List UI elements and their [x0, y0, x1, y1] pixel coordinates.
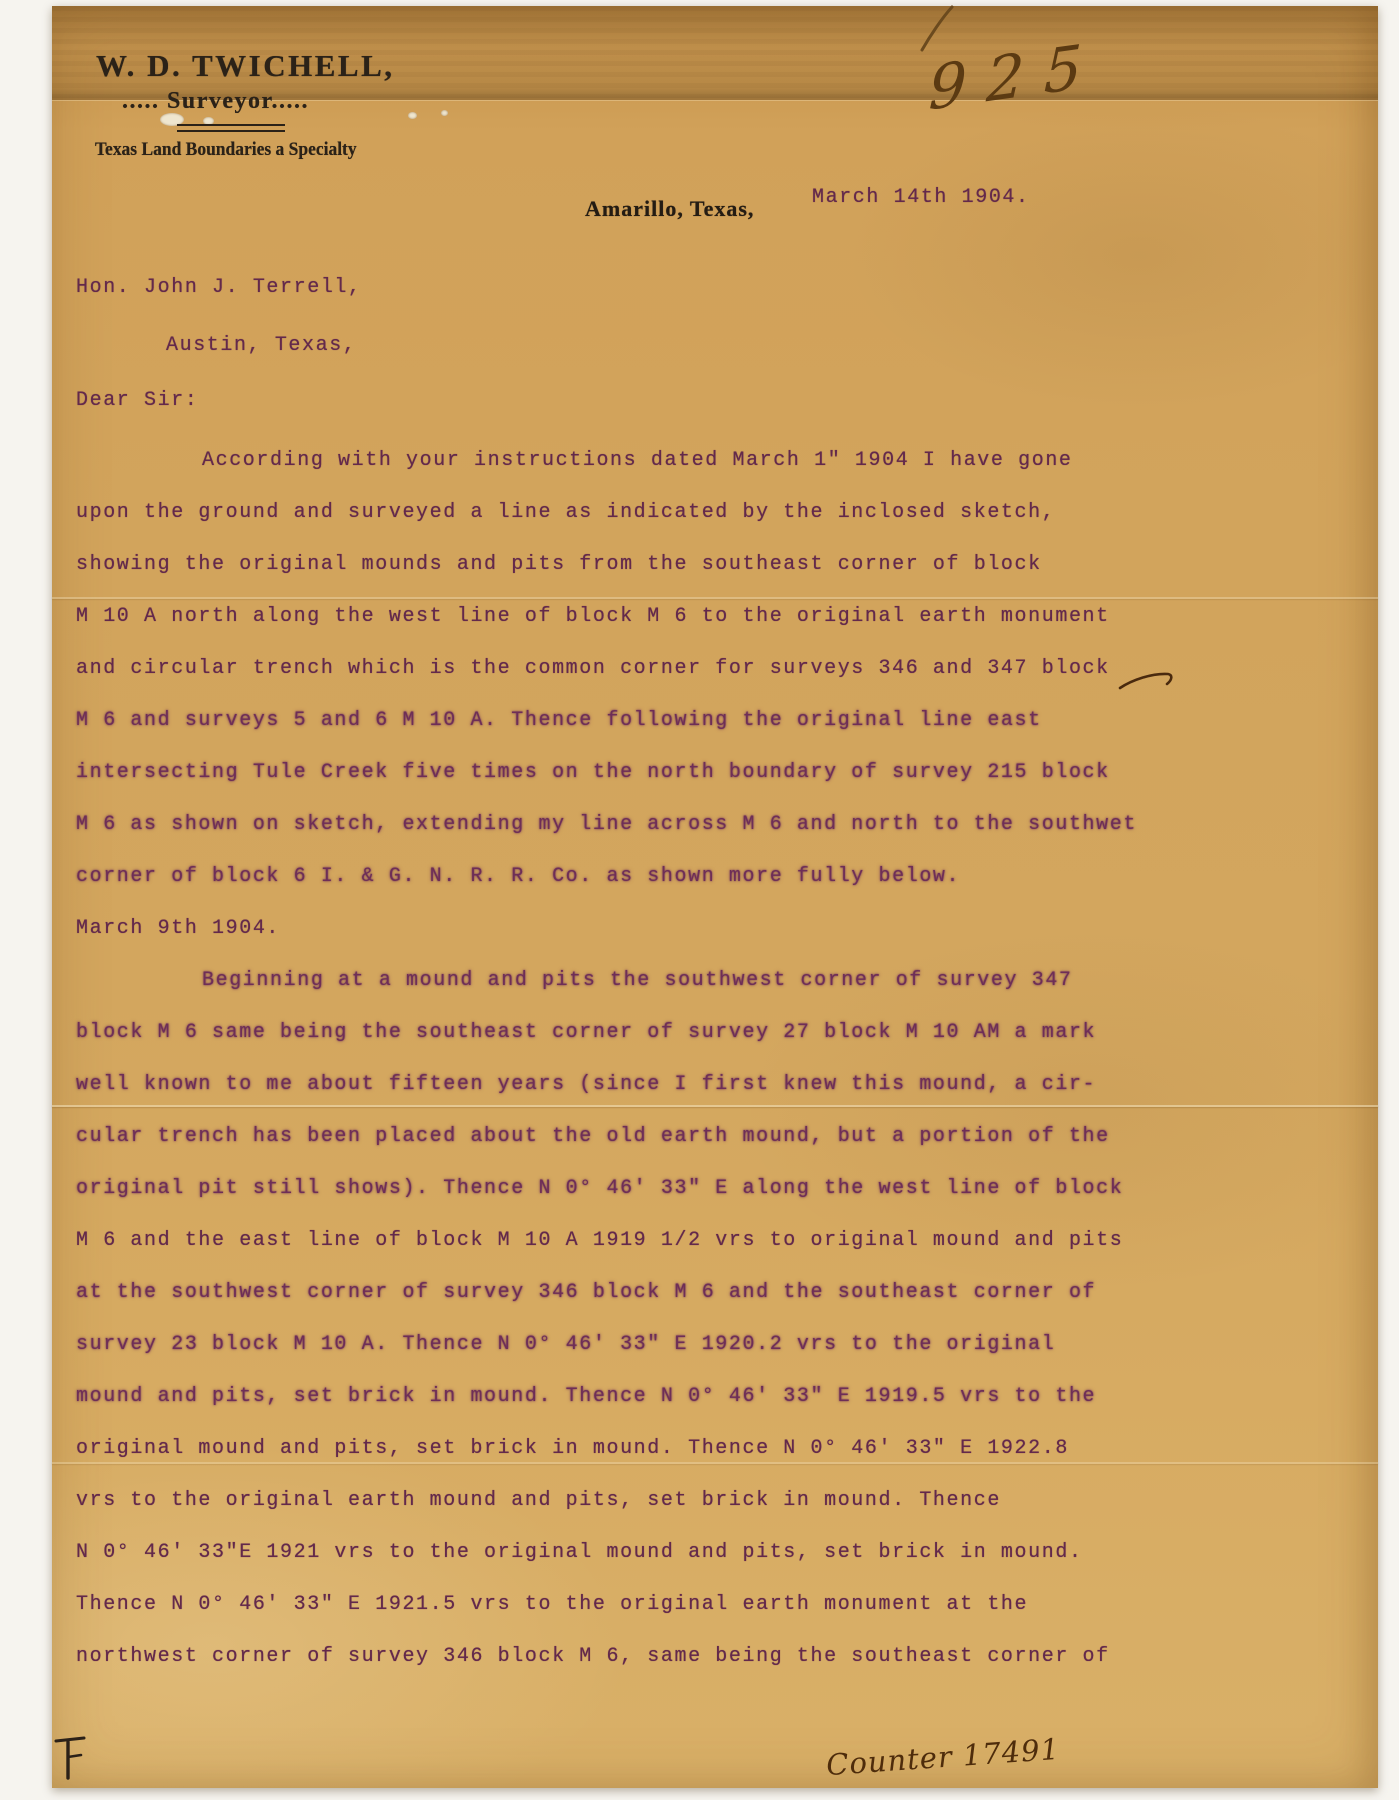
paper-hole	[408, 112, 417, 119]
letter-line: M 10 A north along the west line of bloc…	[76, 591, 1376, 643]
letter-line: block M 6 same being the southeast corne…	[76, 1007, 1376, 1059]
letter-line: northwest corner of survey 346 block M 6…	[76, 1631, 1376, 1683]
paper-hole	[441, 110, 448, 116]
letter-line: M 6 and surveys 5 and 6 M 10 A. Thence f…	[76, 695, 1376, 747]
letterhead-double-rule	[177, 124, 285, 132]
salutation: Dear Sir:	[76, 389, 198, 412]
letter-line: M 6 and the east line of block M 10 A 19…	[76, 1215, 1376, 1267]
f-mark-handwritten	[54, 1733, 90, 1781]
letter-line: N 0° 46' 33"E 1921 vrs to the original m…	[76, 1527, 1376, 1579]
letter-line: well known to me about fifteen years (si…	[76, 1059, 1376, 1111]
recipient-name: Hon. John J. Terrell,	[76, 276, 362, 299]
letter-line: original mound and pits, set brick in mo…	[76, 1423, 1376, 1475]
letter-line: Beginning at a mound and pits the southw…	[76, 955, 1376, 1007]
letter-line: corner of block 6 I. & G. N. R. R. Co. a…	[76, 851, 1376, 903]
dateline-place: Amarillo, Texas,	[585, 196, 754, 222]
letter-line: vrs to the original earth mound and pits…	[76, 1475, 1376, 1527]
letter-line: intersecting Tule Creek five times on th…	[76, 747, 1376, 799]
letter-line: original pit still shows). Thence N 0° 4…	[76, 1163, 1376, 1215]
dateline-date: March 14th 1904.	[812, 186, 1030, 209]
pen-slash-mark	[912, 4, 960, 54]
letterhead-name: W. D. TWICHELL,	[96, 48, 395, 84]
letter-line: and circular trench which is the common …	[76, 643, 1376, 695]
letter-line: mound and pits, set brick in mound. Then…	[76, 1371, 1376, 1423]
pen-tick-mark	[1118, 658, 1178, 698]
letter-line: Thence N 0° 46' 33" E 1921.5 vrs to the …	[76, 1579, 1376, 1631]
letter-line: According with your instructions dated M…	[76, 435, 1376, 487]
letter-body: According with your instructions dated M…	[76, 435, 1376, 1683]
letter-line: M 6 as shown on sketch, extending my lin…	[76, 799, 1376, 851]
letterhead-tagline: Texas Land Boundaries a Specialty	[95, 139, 357, 161]
letter-line: cular trench has been placed about the o…	[76, 1111, 1376, 1163]
letterhead-title: ..... Surveyor.....	[122, 88, 309, 115]
recipient-city: Austin, Texas,	[166, 334, 356, 357]
letter-line: at the southwest corner of survey 346 bl…	[76, 1267, 1376, 1319]
letter-line: survey 23 block M 10 A. Thence N 0° 46' …	[76, 1319, 1376, 1371]
scanned-letter: W. D. TWICHELL, ..... Surveyor..... Texa…	[0, 0, 1399, 1800]
letter-line: showing the original mounds and pits fro…	[76, 539, 1376, 591]
letter-line: upon the ground and surveyed a line as i…	[76, 487, 1376, 539]
letter-line: March 9th 1904.	[76, 903, 1376, 955]
